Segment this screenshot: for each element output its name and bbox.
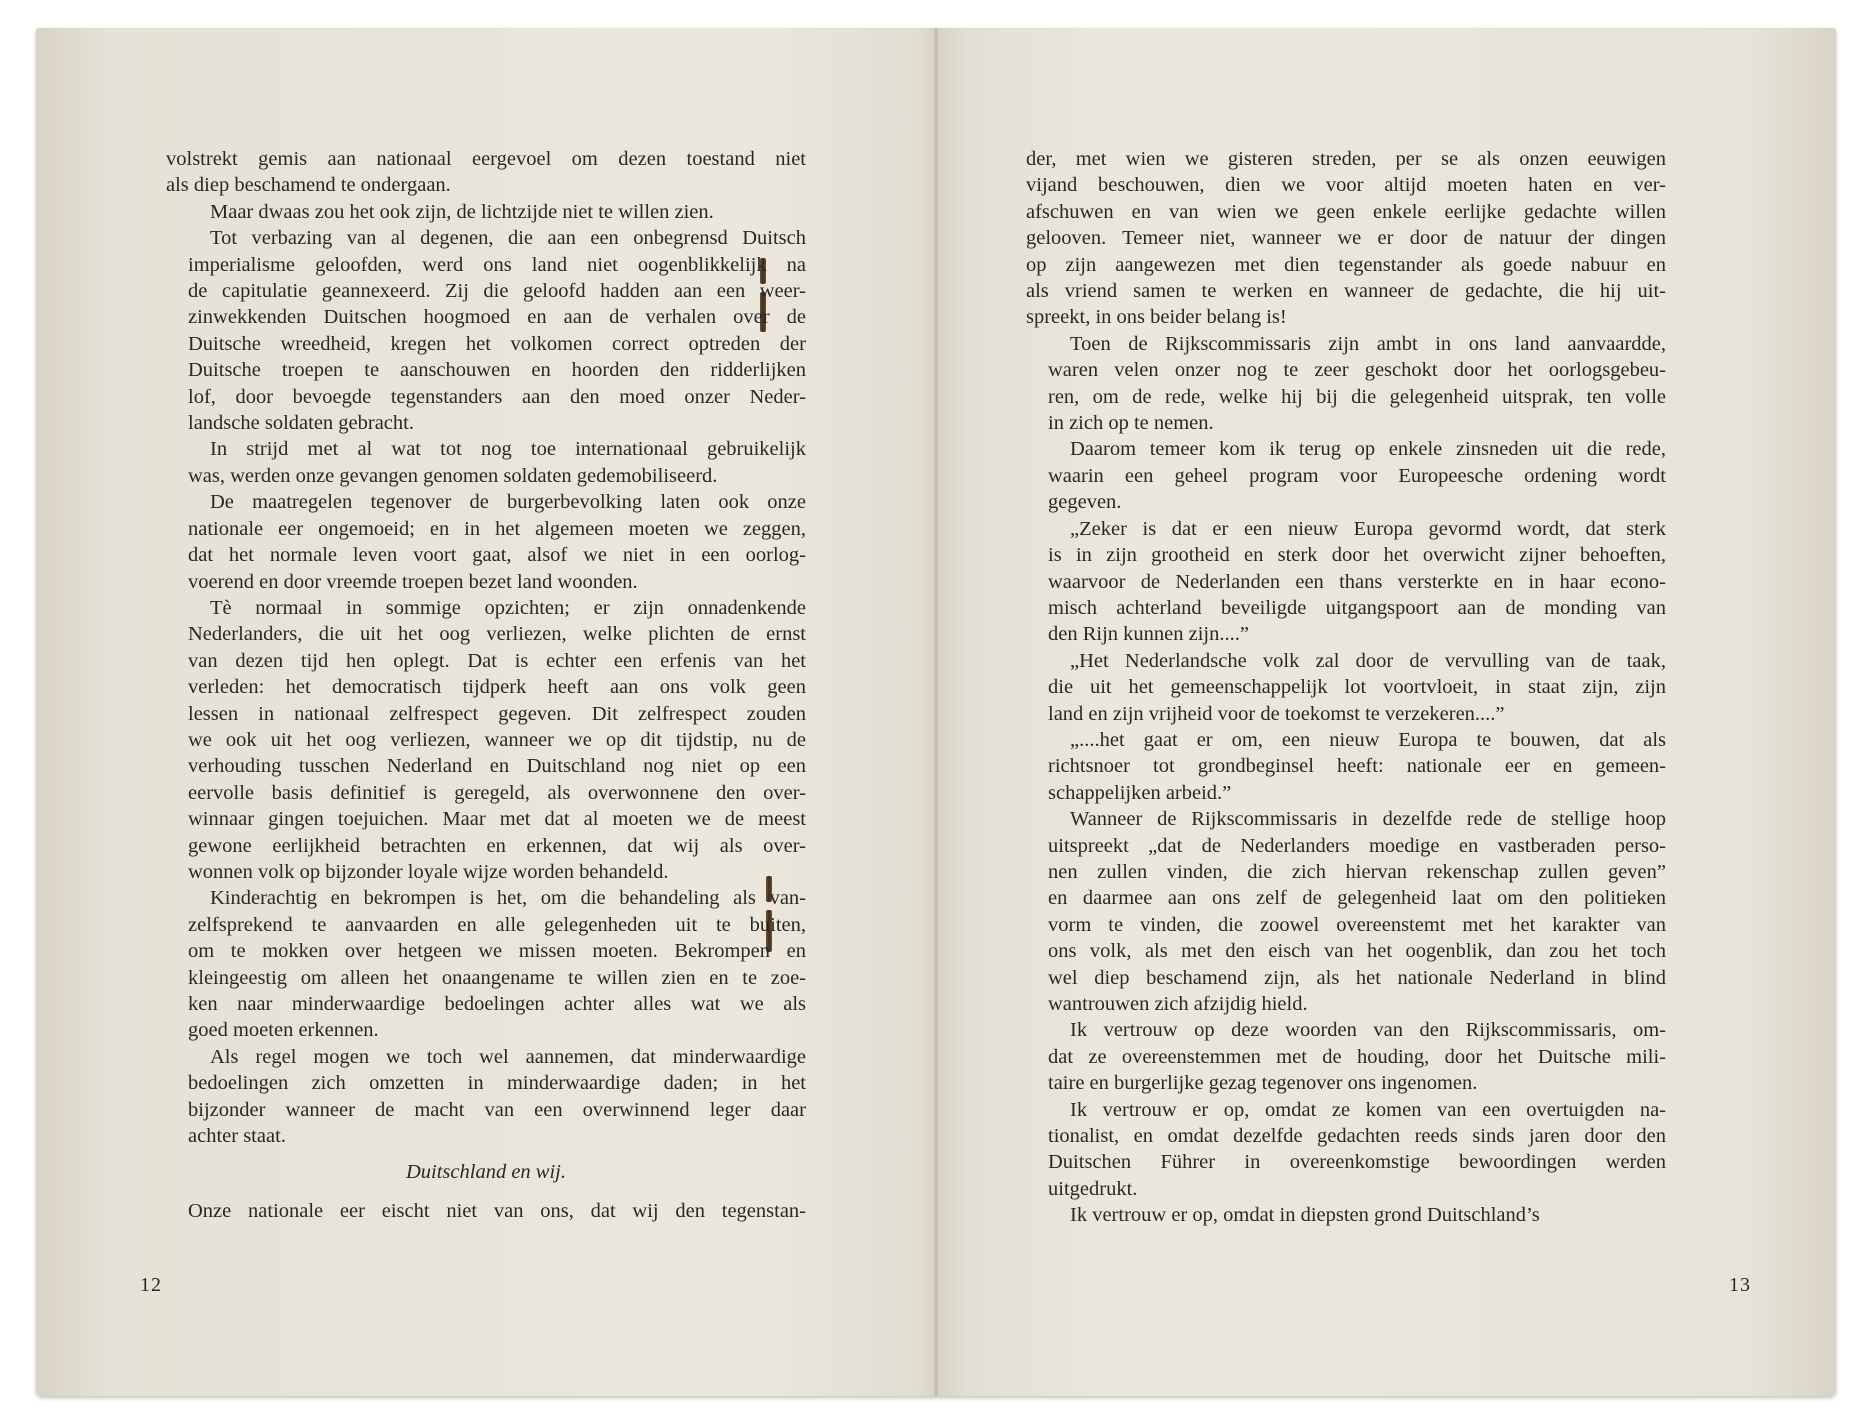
text-line: gewone eerlijkheid betrachten en erkenne… <box>166 833 806 859</box>
text-line: was, werden onze gevangen genomen soldat… <box>166 463 806 489</box>
text-line: lessen in nationaal zelfrespect gegeven.… <box>166 701 806 727</box>
page-number-right: 13 <box>1729 1274 1751 1297</box>
text-line: misch achterland beveiligde uitgangspoor… <box>1026 595 1666 621</box>
text-line: dat ze overeenstemmen met de houding, do… <box>1026 1044 1666 1070</box>
page-number-left: 12 <box>140 1274 162 1297</box>
left-page-text: volstrekt gemis aan nationaal eergevoel … <box>166 146 806 1224</box>
paragraph: Kinderachtig en bekrompen is het, om die… <box>166 885 806 1043</box>
text-line: eervolle basis definitief is geregeld, a… <box>166 780 806 806</box>
right-page: der, met wien we gisteren streden, per s… <box>936 28 1836 1396</box>
text-line: uitgedrukt. <box>1026 1176 1666 1202</box>
text-line: wantrouwen zich afzijdig hield. <box>1026 991 1666 1017</box>
text-line: uitspreekt „dat de Nederlanders moedige … <box>1026 833 1666 859</box>
text-line: waren velen onzer nog te zeer geschokt d… <box>1026 357 1666 383</box>
text-line: zinwekkenden Duitschen hoogmoed en aan d… <box>166 304 806 330</box>
text-line: Onze nationale eer eischt niet van ons, … <box>166 1198 806 1224</box>
text-line: winnaar gingen toejuichen. Maar met dat … <box>166 806 806 832</box>
text-line: nationale eer ongemoeid; en in het algem… <box>166 516 806 542</box>
text-line: die uit het gemeenschappelijk lot voortv… <box>1026 674 1666 700</box>
text-line: vijand beschouwen, dien we voor altijd m… <box>1026 172 1666 198</box>
paragraph: In strijd met al wat tot nog toe interna… <box>166 436 806 489</box>
text-line: in zich op te nemen. <box>1026 410 1666 436</box>
paragraph: Onze nationale eer eischt niet van ons, … <box>166 1198 806 1224</box>
text-line: Tot verbazing van al degenen, die aan ee… <box>166 225 806 251</box>
text-line: spreekt, in ons beider belang is! <box>1026 304 1666 330</box>
text-line: lof, door bevoegde tegenstanders aan den… <box>166 384 806 410</box>
text-line: Ik vertrouw er op, omdat in diepsten gro… <box>1026 1202 1666 1228</box>
paragraph: Toen de Rijkscommissaris zijn ambt in on… <box>1026 331 1666 437</box>
paragraph: Tè normaal in sommige opzichten; er zijn… <box>166 595 806 885</box>
text-line: is in zijn grootheid en sterk door het o… <box>1026 542 1666 568</box>
text-line: de capitulatie geannexeerd. Zij die gelo… <box>166 278 806 304</box>
text-line: Toen de Rijkscommissaris zijn ambt in on… <box>1026 331 1666 357</box>
paragraph: Als regel mogen we toch wel aannemen, da… <box>166 1044 806 1150</box>
text-line: om te mokken over hetgeen we missen moet… <box>166 938 806 964</box>
paragraph: „....het gaat er om, een nieuw Europa te… <box>1026 727 1666 806</box>
text-line: ken naar minderwaardige bedoelingen acht… <box>166 991 806 1017</box>
text-line: taire en burgerlijke gezag tegenover ons… <box>1026 1070 1666 1096</box>
paragraph: De maatregelen tegenover de burgerbevolk… <box>166 489 806 595</box>
text-line: tionalist, en omdat dezelfde gedachten r… <box>1026 1123 1666 1149</box>
text-line: we ook uit het oog verliezen, wanneer we… <box>166 727 806 753</box>
text-line: bedoelingen zich omzetten in minderwaard… <box>166 1070 806 1096</box>
text-line: voerend en door vreemde troepen bezet la… <box>166 569 806 595</box>
text-line: „Het Nederlandsche volk zal door de verv… <box>1026 648 1666 674</box>
right-page-text: der, met wien we gisteren streden, per s… <box>1026 146 1666 1229</box>
text-line: Ik vertrouw er op, omdat ze komen van ee… <box>1026 1097 1666 1123</box>
paragraph: Ik vertrouw er op, omdat in diepsten gro… <box>1026 1202 1666 1228</box>
paragraph: Tot verbazing van al degenen, die aan ee… <box>166 225 806 436</box>
text-line: goed moeten erkennen. <box>166 1017 806 1043</box>
paragraph: der, met wien we gisteren streden, per s… <box>1026 146 1666 331</box>
text-line: schappelijken arbeid.” <box>1026 780 1666 806</box>
text-line: van dezen tijd hen oplegt. Dat is echter… <box>166 648 806 674</box>
text-line: Wanneer de Rijkscommissaris in dezelfde … <box>1026 806 1666 832</box>
text-line: gegeven. <box>1026 489 1666 515</box>
text-line: verleden: het democratisch tijdperk heef… <box>166 674 806 700</box>
text-line: Kinderachtig en bekrompen is het, om die… <box>166 885 806 911</box>
paragraph: Ik vertrouw op deze woorden van den Rijk… <box>1026 1017 1666 1096</box>
text-line: en daarmee aan ons zelf de gelegenheid l… <box>1026 885 1666 911</box>
text-line: afschuwen en van wien we geen enkele eer… <box>1026 199 1666 225</box>
text-line: Duitschen Führer in overeenkomstige bewo… <box>1026 1149 1666 1175</box>
text-line: als vriend samen te werken en wanneer de… <box>1026 278 1666 304</box>
text-line: dat het normale leven voort gaat, alsof … <box>166 542 806 568</box>
text-line: Duitsche troepen te aanschouwen en hoord… <box>166 357 806 383</box>
text-line: ren, om de rede, welke hij bij die geleg… <box>1026 384 1666 410</box>
text-line: Als regel mogen we toch wel aannemen, da… <box>166 1044 806 1070</box>
open-booklet: volstrekt gemis aan nationaal eergevoel … <box>36 28 1836 1396</box>
text-line: imperialisme geloofden, werd ons land ni… <box>166 252 806 278</box>
paragraph: Maar dwaas zou het ook zijn, de lichtzij… <box>166 199 806 225</box>
text-line: wel diep beschamend zijn, als het nation… <box>1026 965 1666 991</box>
text-line: nen zullen vinden, die zich hiervan reke… <box>1026 859 1666 885</box>
paragraph: Daarom temeer kom ik terug op enkele zin… <box>1026 436 1666 515</box>
text-line: gelooven. Temeer niet, wanneer we er doo… <box>1026 225 1666 251</box>
text-line: „....het gaat er om, een nieuw Europa te… <box>1026 727 1666 753</box>
text-line: achter staat. <box>166 1123 806 1149</box>
text-line: Maar dwaas zou het ook zijn, de lichtzij… <box>166 199 806 225</box>
text-line: vorm te vinden, die zoowel overeenstemt … <box>1026 912 1666 938</box>
text-line: den Rijn kunnen zijn....” <box>1026 621 1666 647</box>
text-line: Daarom temeer kom ik terug op enkele zin… <box>1026 436 1666 462</box>
text-line: ons volk, als met den eisch van het ooge… <box>1026 938 1666 964</box>
text-line: kleingeestig om alleen het onaangename t… <box>166 965 806 991</box>
text-line: zelfsprekend te aanvaarden en alle geleg… <box>166 912 806 938</box>
text-line: bijzonder wanneer de macht van een overw… <box>166 1097 806 1123</box>
text-line: wonnen volk op bijzonder loyale wijze wo… <box>166 859 806 885</box>
text-line: land en zijn vrijheid voor de toekomst t… <box>1026 701 1666 727</box>
left-page: volstrekt gemis aan nationaal eergevoel … <box>36 28 936 1396</box>
paragraph: Ik vertrouw er op, omdat ze komen van ee… <box>1026 1097 1666 1203</box>
text-line: Nederlanders, die uit het oog verliezen,… <box>166 621 806 647</box>
paragraph: „Zeker is dat er een nieuw Europa gevorm… <box>1026 516 1666 648</box>
section-heading: Duitschland en wij. <box>166 1159 806 1185</box>
text-line: waarin een geheel program voor Europeesc… <box>1026 463 1666 489</box>
text-line: Duitsche wreedheid, kregen het volkomen … <box>166 331 806 357</box>
text-line: Tè normaal in sommige opzichten; er zijn… <box>166 595 806 621</box>
text-line: landsche soldaten gebracht. <box>166 410 806 436</box>
text-line: verhouding tusschen Nederland en Duitsch… <box>166 753 806 779</box>
text-line: waarvoor de Nederlanden een thans verste… <box>1026 569 1666 595</box>
paragraph: volstrekt gemis aan nationaal eergevoel … <box>166 146 806 199</box>
text-line: Ik vertrouw op deze woorden van den Rijk… <box>1026 1017 1666 1043</box>
paragraph: „Het Nederlandsche volk zal door de verv… <box>1026 648 1666 727</box>
text-line: De maatregelen tegenover de burgerbevolk… <box>166 489 806 515</box>
text-line: op zijn aangewezen met dien tegenstander… <box>1026 252 1666 278</box>
text-line: In strijd met al wat tot nog toe interna… <box>166 436 806 462</box>
text-line: volstrekt gemis aan nationaal eergevoel … <box>166 146 806 172</box>
text-line: der, met wien we gisteren streden, per s… <box>1026 146 1666 172</box>
text-line: als diep beschamend te ondergaan. <box>166 172 806 198</box>
text-line: „Zeker is dat er een nieuw Europa gevorm… <box>1026 516 1666 542</box>
paragraph: Wanneer de Rijkscommissaris in dezelfde … <box>1026 806 1666 1017</box>
text-line: richtsnoer tot grondbeginsel heeft: nati… <box>1026 753 1666 779</box>
